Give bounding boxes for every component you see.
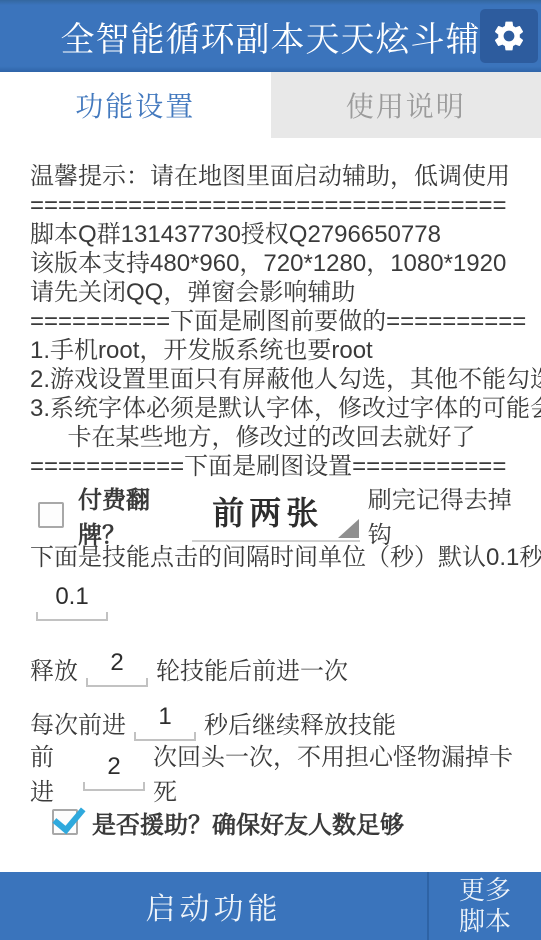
pay-flip-row: 付费翻牌？ 前两张 刷完记得去掉钩 bbox=[30, 493, 513, 537]
assist-checkbox[interactable] bbox=[52, 809, 78, 835]
bottom-bar: 启动功能 更多脚本 bbox=[0, 872, 541, 940]
app-title: 全智能循环副本天天炫斗辅. bbox=[61, 12, 481, 61]
notice-line: 请先关闭QQ，弹窗会影响辅助 bbox=[30, 278, 513, 307]
advance-row: 每次前进 秒后继续释放技能 bbox=[30, 702, 513, 742]
release-row: 释放 轮技能后前进一次 bbox=[30, 648, 513, 688]
pay-flip-note: 刷完记得去掉钩 bbox=[368, 480, 513, 550]
notice-line: 脚本Q群131437730授权Q2796650778 bbox=[30, 220, 513, 249]
section-divider: ===========下面是刷图设置=========== bbox=[30, 452, 513, 481]
advance-prefix: 每次前进 bbox=[30, 705, 126, 740]
notice-line: 2.游戏设置里面只有屏蔽他人勾选，其他不能勾选 bbox=[30, 365, 513, 394]
tab-bar: 功能设置 使用说明 bbox=[0, 72, 541, 138]
advance-seconds-input[interactable] bbox=[134, 703, 196, 741]
spinner-value: 前两张 bbox=[212, 495, 323, 531]
release-suffix: 轮技能后前进一次 bbox=[156, 651, 348, 686]
turnback-prefix: 前进 bbox=[30, 737, 75, 807]
app-window: 全智能循环副本天天炫斗辅. 功能设置 使用说明 温馨提示：请在地图里面启动辅助，… bbox=[0, 0, 541, 940]
notice-line: 1.手机root，开发版系统也要root bbox=[30, 336, 513, 365]
notice-line: 3.系统字体必须是默认字体，修改过字体的可能会 bbox=[30, 394, 513, 423]
section-divider: ==========下面是刷图前要做的========== bbox=[30, 307, 513, 336]
release-input-box bbox=[86, 649, 148, 687]
more-scripts-button[interactable]: 更多脚本 bbox=[429, 872, 541, 940]
assist-row: 是否援助？确保好友人数足够 bbox=[44, 804, 513, 840]
assist-label: 是否援助？确保好友人数足够 bbox=[92, 805, 404, 840]
notice-line: 卡在某些地方，修改过的改回去就好了 bbox=[30, 423, 513, 452]
interval-input-box bbox=[36, 583, 108, 621]
interval-hint: 下面是技能点击的间隔时间单位（秒）默认0.1秒 bbox=[30, 543, 513, 572]
gear-icon bbox=[491, 18, 527, 54]
notice-line: 该版本支持480*960，720*1280，1080*1920 bbox=[30, 249, 513, 278]
advance-suffix: 秒后继续释放技能 bbox=[204, 705, 396, 740]
pay-flip-label: 付费翻牌？ bbox=[78, 480, 182, 550]
turnback-input-box bbox=[83, 753, 145, 791]
advance-input-box bbox=[134, 703, 196, 741]
release-rounds-input[interactable] bbox=[86, 649, 148, 687]
pay-flip-checkbox[interactable] bbox=[38, 502, 64, 528]
triangle-down-icon bbox=[338, 519, 359, 538]
notice-line: 温馨提示：请在地图里面启动辅助，低调使用 bbox=[30, 162, 513, 191]
divider-line: ================================== bbox=[30, 191, 513, 220]
settings-button[interactable] bbox=[480, 9, 538, 63]
turnback-suffix: 次回头一次，不用担心怪物漏掉卡死 bbox=[153, 737, 513, 807]
start-button[interactable]: 启动功能 bbox=[0, 872, 427, 940]
pay-flip-spinner[interactable]: 前两张 bbox=[192, 488, 360, 542]
interval-input[interactable] bbox=[36, 583, 108, 621]
tab-function-settings[interactable]: 功能设置 bbox=[0, 72, 271, 138]
interval-row bbox=[36, 582, 513, 622]
turnback-times-input[interactable] bbox=[83, 753, 145, 791]
tab-usage-instructions[interactable]: 使用说明 bbox=[271, 72, 541, 138]
title-bar: 全智能循环副本天天炫斗辅. bbox=[0, 0, 541, 72]
turnback-row: 前进 次回头一次，不用担心怪物漏掉卡死 bbox=[30, 752, 513, 792]
release-prefix: 释放 bbox=[30, 651, 78, 686]
more-scripts-label: 更多脚本 bbox=[457, 875, 513, 937]
settings-panel: 温馨提示：请在地图里面启动辅助，低调使用 ===================… bbox=[0, 138, 541, 840]
